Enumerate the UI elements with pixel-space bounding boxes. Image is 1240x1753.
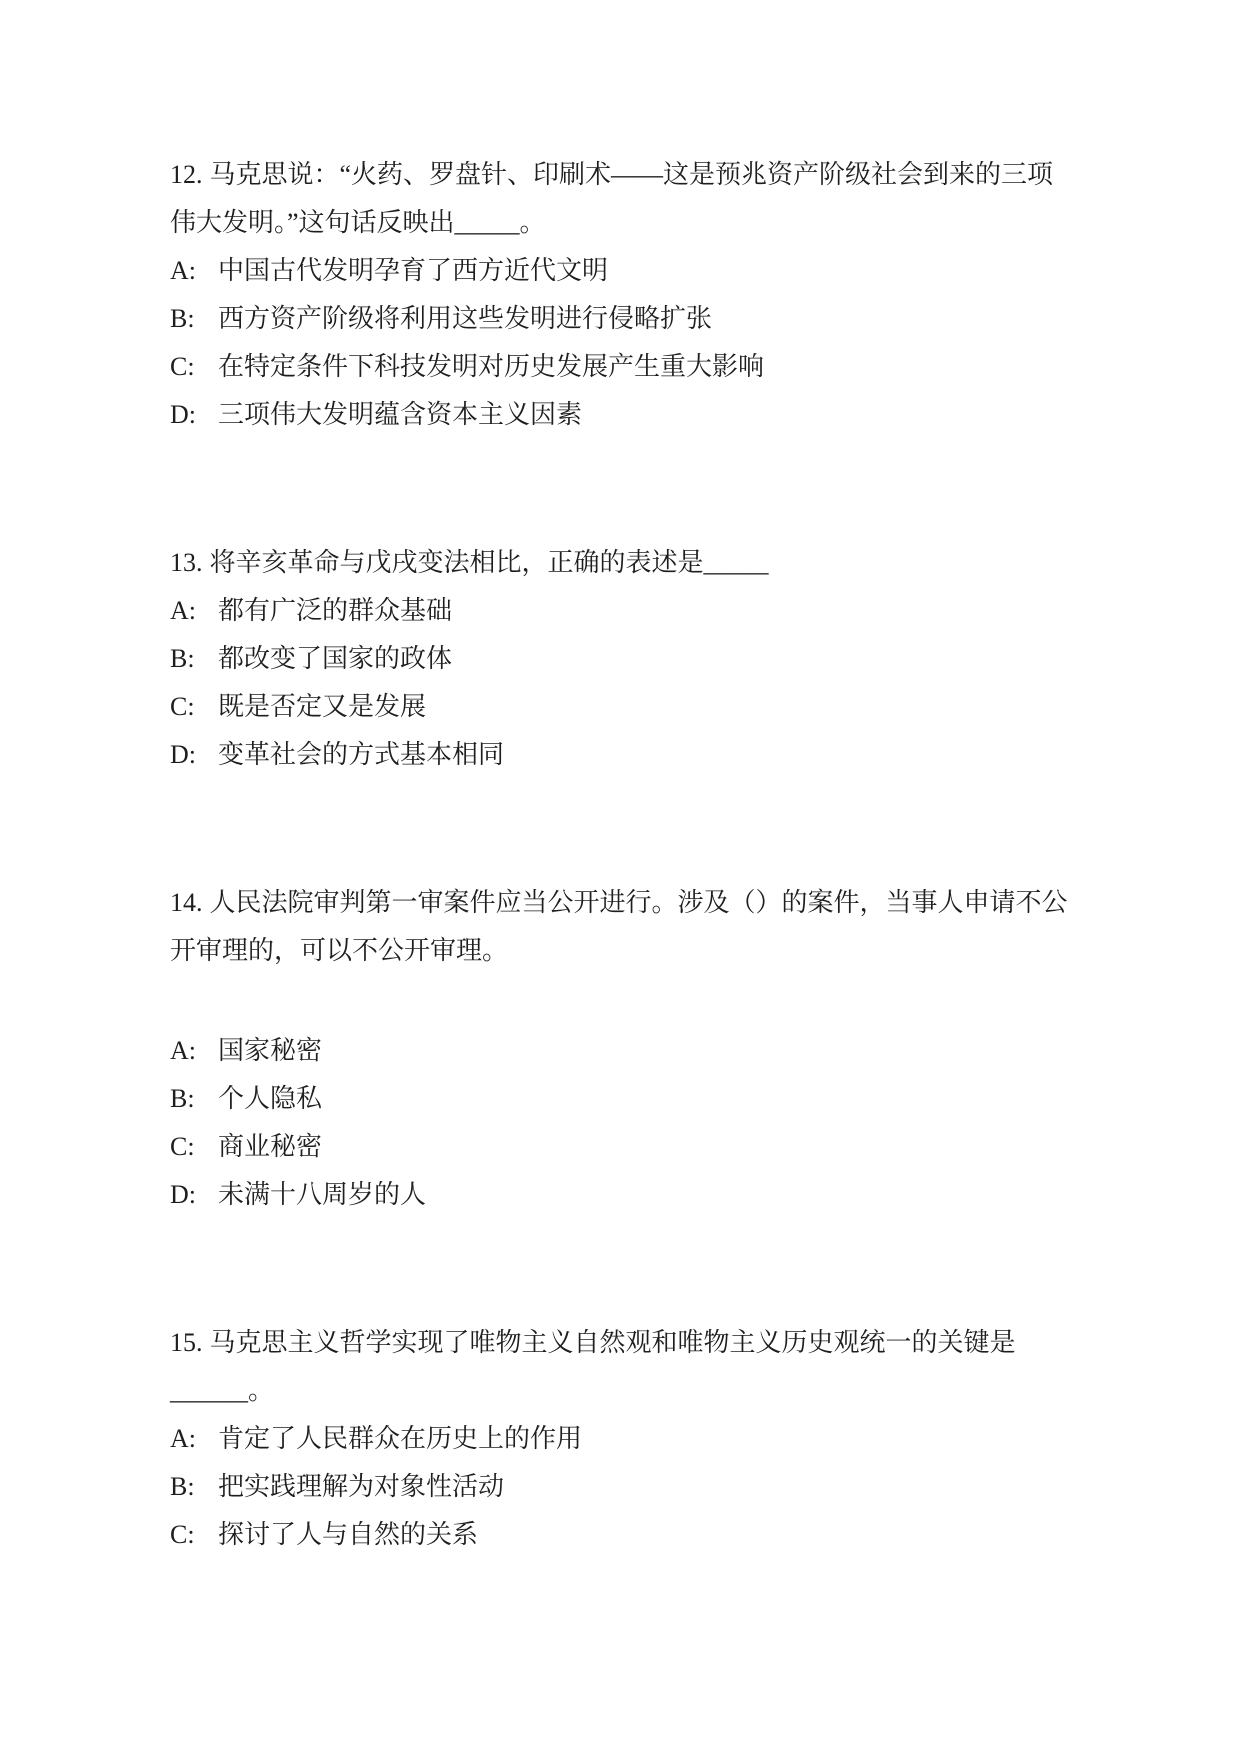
question-wrap-line: 开审理的，可以不公开审理。 xyxy=(170,927,1100,975)
option-row: A:肯定了人民群众在历史上的作用 xyxy=(170,1415,1100,1463)
option-label: D: xyxy=(170,731,218,779)
option-label: B: xyxy=(170,1463,218,1511)
option-text: 都有广泛的群众基础 xyxy=(218,596,452,625)
option-text: 国家秘密 xyxy=(218,1036,322,1065)
question-first-line: 12.马克思说：“火药、罗盘针、印刷术——这是预兆资产阶级社会到来的三项 xyxy=(170,151,1100,199)
option-label: D: xyxy=(170,1171,218,1219)
options-list: A:肯定了人民群众在历史上的作用B:把实践理解为对象性活动C:探讨了人与自然的关… xyxy=(170,1415,1100,1559)
option-text: 中国古代发明孕育了西方近代文明 xyxy=(218,256,608,285)
option-text: 未满十八周岁的人 xyxy=(218,1180,426,1209)
option-row: B:把实践理解为对象性活动 xyxy=(170,1463,1100,1511)
option-row: C:在特定条件下科技发明对历史发展产生重大影响 xyxy=(170,343,1100,391)
option-label: C: xyxy=(170,683,218,731)
option-label: B: xyxy=(170,635,218,683)
options-list: A:中国古代发明孕育了西方近代文明B:西方资产阶级将利用这些发明进行侵略扩张C:… xyxy=(170,247,1100,439)
option-label: D: xyxy=(170,391,218,439)
option-label: A: xyxy=(170,587,218,635)
question-text: 马克思说：“火药、罗盘针、印刷术——这是预兆资产阶级社会到来的三项 xyxy=(210,160,1054,189)
option-text: 三项伟大发明蕴含资本主义因素 xyxy=(218,400,582,429)
option-text: 都改变了国家的政体 xyxy=(218,644,452,673)
question-text: ______。 xyxy=(170,1376,274,1405)
option-text: 在特定条件下科技发明对历史发展产生重大影响 xyxy=(218,352,764,381)
option-text: 变革社会的方式基本相同 xyxy=(218,740,504,769)
option-row: B:西方资产阶级将利用这些发明进行侵略扩张 xyxy=(170,295,1100,343)
option-text: 西方资产阶级将利用这些发明进行侵略扩张 xyxy=(218,304,712,333)
question-block: 14.人民法院审判第一审案件应当公开进行。涉及（）的案件，当事人申请不公开审理的… xyxy=(170,879,1100,1219)
question-text: 伟大发明。”这句话反映出_____。 xyxy=(170,208,546,237)
document-page: 12.马克思说：“火药、罗盘针、印刷术——这是预兆资产阶级社会到来的三项伟大发明… xyxy=(0,0,1240,1753)
question-wrap-line: ______。 xyxy=(170,1367,1100,1415)
option-text: 既是否定又是发展 xyxy=(218,692,426,721)
option-label: A: xyxy=(170,1027,218,1075)
question-text: 开审理的，可以不公开审理。 xyxy=(170,936,508,965)
option-row: D:变革社会的方式基本相同 xyxy=(170,731,1100,779)
option-text: 肯定了人民群众在历史上的作用 xyxy=(218,1424,582,1453)
option-row: A:都有广泛的群众基础 xyxy=(170,587,1100,635)
question-number: 13. xyxy=(170,548,210,577)
question-first-line: 14.人民法院审判第一审案件应当公开进行。涉及（）的案件，当事人申请不公 xyxy=(170,879,1100,927)
option-label: B: xyxy=(170,1075,218,1123)
question-first-line: 15.马克思主义哲学实现了唯物主义自然观和唯物主义历史观统一的关键是 xyxy=(170,1319,1100,1367)
question-number: 12. xyxy=(170,160,210,189)
option-row: C:既是否定又是发展 xyxy=(170,683,1100,731)
question-text: 人民法院审判第一审案件应当公开进行。涉及（）的案件，当事人申请不公 xyxy=(210,888,1068,917)
option-row: B:个人隐私 xyxy=(170,1075,1100,1123)
option-label: C: xyxy=(170,1511,218,1559)
option-row: C:探讨了人与自然的关系 xyxy=(170,1511,1100,1559)
options-list: A:都有广泛的群众基础B:都改变了国家的政体C:既是否定又是发展D:变革社会的方… xyxy=(170,587,1100,779)
question-wrap-line: 伟大发明。”这句话反映出_____。 xyxy=(170,199,1100,247)
option-row: D:未满十八周岁的人 xyxy=(170,1171,1100,1219)
option-label: C: xyxy=(170,1123,218,1171)
question-block: 12.马克思说：“火药、罗盘针、印刷术——这是预兆资产阶级社会到来的三项伟大发明… xyxy=(170,151,1100,439)
option-row: A:中国古代发明孕育了西方近代文明 xyxy=(170,247,1100,295)
option-label: B: xyxy=(170,295,218,343)
option-label: A: xyxy=(170,247,218,295)
question-block: 13.将辛亥革命与戊戌变法相比，正确的表述是_____A:都有广泛的群众基础B:… xyxy=(170,539,1100,779)
question-block: 15.马克思主义哲学实现了唯物主义自然观和唯物主义历史观统一的关键是______… xyxy=(170,1319,1100,1559)
options-list: A:国家秘密B:个人隐私C:商业秘密D:未满十八周岁的人 xyxy=(170,1027,1100,1219)
question-text: 马克思主义哲学实现了唯物主义自然观和唯物主义历史观统一的关键是 xyxy=(210,1328,1016,1357)
option-row: B:都改变了国家的政体 xyxy=(170,635,1100,683)
option-label: A: xyxy=(170,1415,218,1463)
option-row: A:国家秘密 xyxy=(170,1027,1100,1075)
option-text: 探讨了人与自然的关系 xyxy=(218,1520,478,1549)
question-number: 15. xyxy=(170,1328,210,1357)
option-row: C:商业秘密 xyxy=(170,1123,1100,1171)
option-text: 个人隐私 xyxy=(218,1084,322,1113)
question-text: 将辛亥革命与戊戌变法相比，正确的表述是_____ xyxy=(210,548,769,577)
option-text: 商业秘密 xyxy=(218,1132,322,1161)
option-label: C: xyxy=(170,343,218,391)
question-number: 14. xyxy=(170,888,210,917)
option-text: 把实践理解为对象性活动 xyxy=(218,1472,504,1501)
question-first-line: 13.将辛亥革命与戊戌变法相比，正确的表述是_____ xyxy=(170,539,1100,587)
option-row: D:三项伟大发明蕴含资本主义因素 xyxy=(170,391,1100,439)
